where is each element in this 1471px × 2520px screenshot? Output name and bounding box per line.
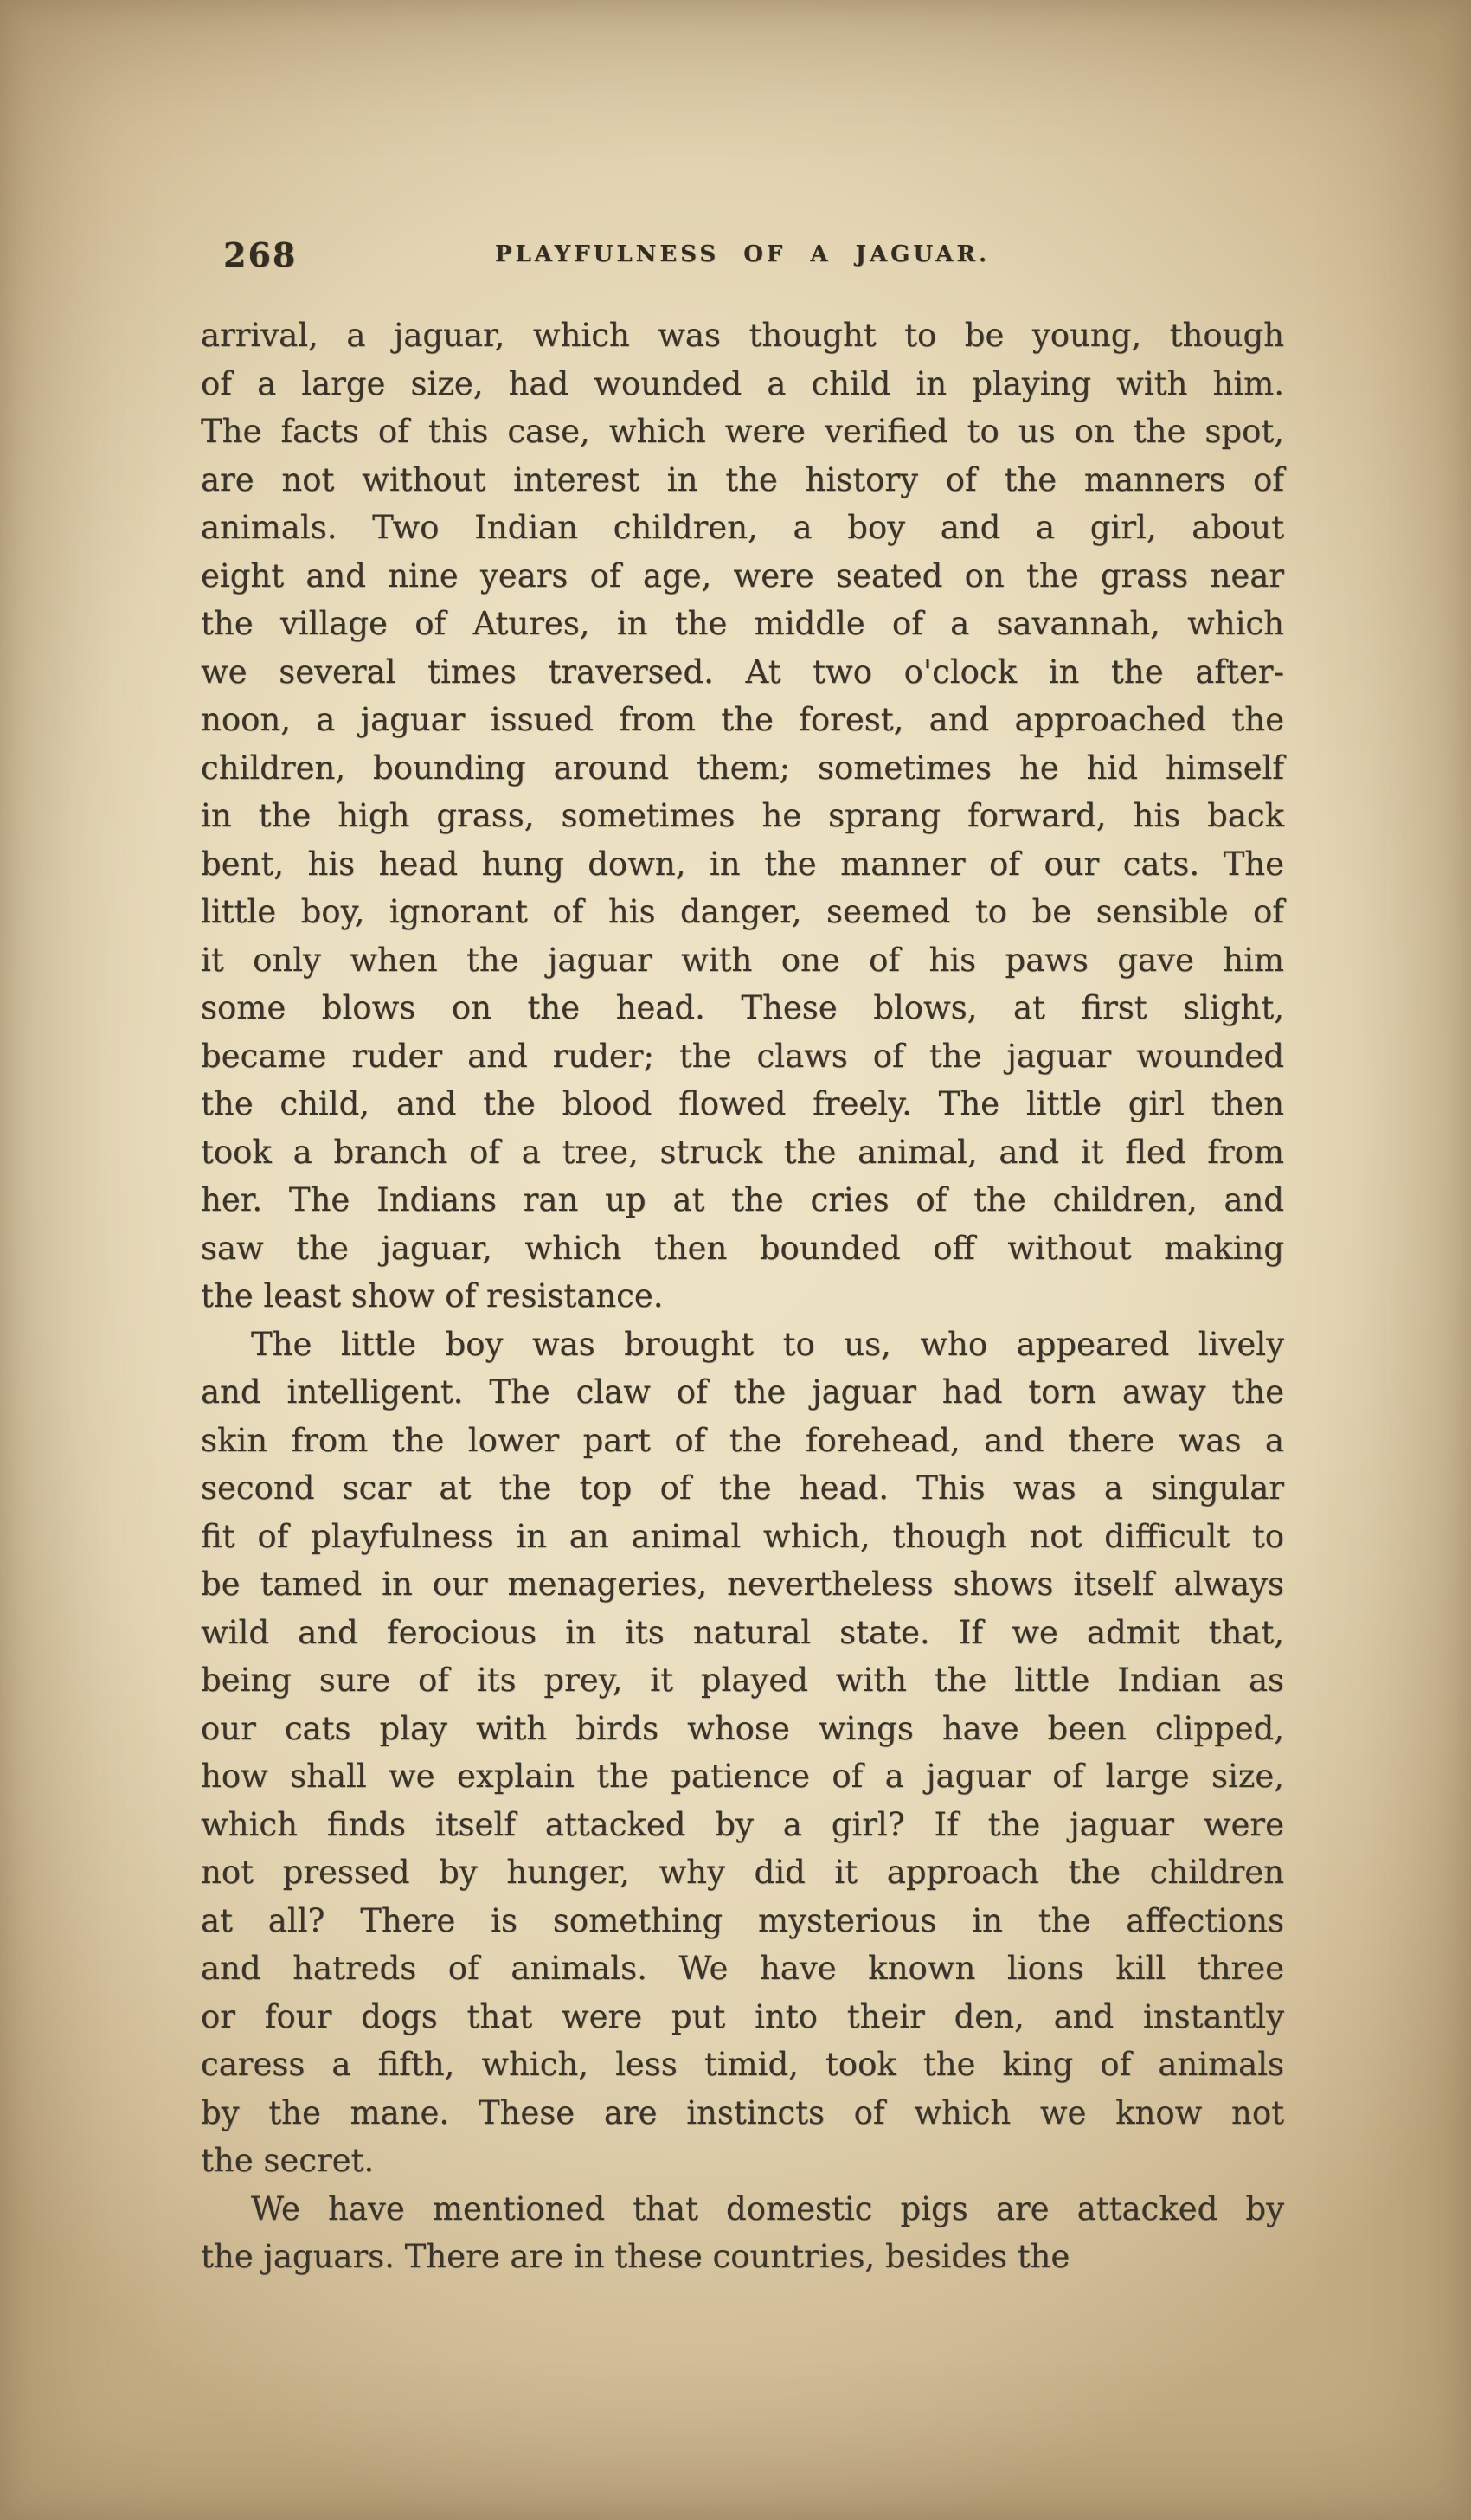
text-line: some blows on the head. These blows, at … <box>201 984 1284 1032</box>
text-line: at all? There is something mysterious in… <box>201 1897 1284 1945</box>
text-line: skin from the lower part of the forehead… <box>201 1417 1284 1465</box>
running-header: 268 PLAYFULNESS OF A JAGUAR. <box>201 235 1284 273</box>
text-line: bent, his head hung down, in the manner … <box>201 840 1284 889</box>
text-line: children, bounding around them; sometime… <box>201 744 1284 793</box>
text-line: saw the jaguar, which then bounded off w… <box>201 1225 1284 1273</box>
text-line: be tamed in our menageries, nevertheless… <box>201 1560 1284 1609</box>
text-line: in the high grass, sometimes he sprang f… <box>201 792 1284 840</box>
text-line: by the mane. These are instincts of whic… <box>201 2089 1284 2137</box>
text-line: the secret. <box>201 2137 1284 2185</box>
text-line: took a branch of a tree, struck the anim… <box>201 1128 1284 1177</box>
text-line: it only when the jaguar with one of his … <box>201 936 1284 985</box>
text-line: the least show of resistance. <box>201 1272 1284 1321</box>
text-line: The facts of this case, which were verif… <box>201 408 1284 456</box>
text-line: little boy, ignorant of his danger, seem… <box>201 888 1284 936</box>
text-line: second scar at the top of the head. This… <box>201 1464 1284 1513</box>
text-line: being sure of its prey, it played with t… <box>201 1656 1284 1705</box>
text-line: animals. Two Indian children, a boy and … <box>201 504 1284 552</box>
text-line: fit of playfulness in an animal which, t… <box>201 1513 1284 1561</box>
book-page: 268 PLAYFULNESS OF A JAGUAR. arrival, a … <box>0 0 1471 2520</box>
text-block: arrival, a jaguar, which was thought to … <box>201 312 1284 2281</box>
text-line: and intelligent. The claw of the jaguar … <box>201 1368 1284 1417</box>
text-line: caress a fifth, which, less timid, took … <box>201 2041 1284 2089</box>
text-line: We have mentioned that domestic pigs are… <box>201 2185 1284 2234</box>
text-line: noon, a jaguar issued from the forest, a… <box>201 696 1284 744</box>
text-line: The little boy was brought to us, who ap… <box>201 1321 1284 1369</box>
text-line: how shall we explain the patience of a j… <box>201 1752 1284 1801</box>
text-line: the village of Atures, in the middle of … <box>201 600 1284 648</box>
text-line: we several times traversed. At two o'clo… <box>201 648 1284 697</box>
text-line: are not without interest in the history … <box>201 456 1284 505</box>
text-line: our cats play with birds whose wings hav… <box>201 1705 1284 1753</box>
text-line: her. The Indians ran up at the cries of … <box>201 1176 1284 1225</box>
text-line: wild and ferocious in its natural state.… <box>201 1609 1284 1657</box>
text-line: of a large size, had wounded a child in … <box>201 360 1284 408</box>
text-line: which finds itself attacked by a girl? I… <box>201 1801 1284 1849</box>
text-line: became ruder and ruder; the claws of the… <box>201 1032 1284 1081</box>
text-line: the child, and the blood flowed freely. … <box>201 1080 1284 1128</box>
text-line: or four dogs that were put into their de… <box>201 1993 1284 2041</box>
text-line: arrival, a jaguar, which was thought to … <box>201 312 1284 360</box>
text-line: the jaguars. There are in these countrie… <box>201 2233 1284 2281</box>
text-line: not pressed by hunger, why did it approa… <box>201 1848 1284 1897</box>
text-line: and hatreds of animals. We have known li… <box>201 1945 1284 1993</box>
running-title: PLAYFULNESS OF A JAGUAR. <box>201 241 1284 267</box>
text-line: eight and nine years of age, were seated… <box>201 552 1284 601</box>
